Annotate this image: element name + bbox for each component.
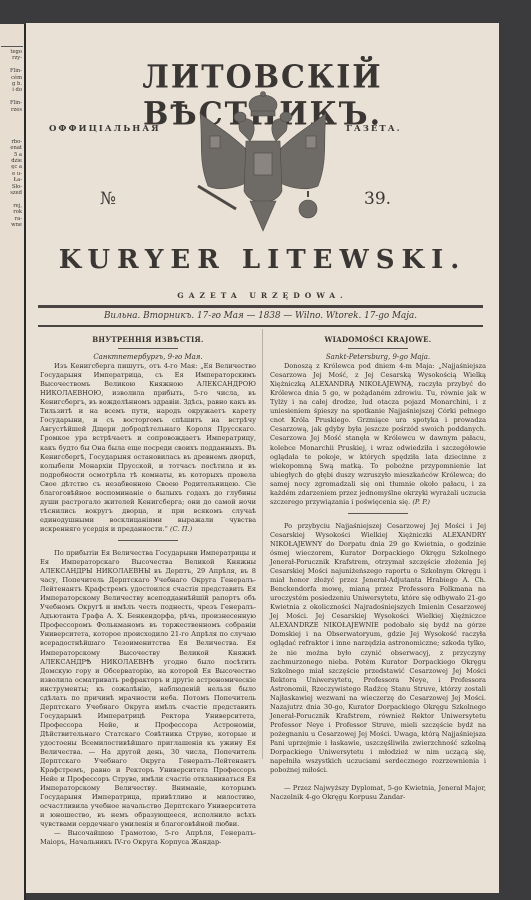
article-separator (118, 540, 178, 541)
adjacent-page-text-fragments: tegorzy- Flin-cémg b.i do Flin-rzes rbo-… (0, 49, 24, 228)
dateline-rule-top (38, 305, 483, 308)
adjacent-page-fragment: wne (0, 222, 24, 228)
heading-rule (348, 348, 408, 349)
article-dateline: Санктпетербургъ, 9-го Мая. (40, 353, 256, 362)
section-heading-polish: WIADOMOŚCI KRAJOWE. (270, 335, 486, 344)
adjacent-page-edge: tegorzy- Flin-cémg b.i do Flin-rzes rbo-… (0, 24, 26, 900)
newspaper-page: ЛИТОВСКIЙ ВѢСТНИКЪ. ОФФИЦIАЛЬНАЯ ГАЗЕТА.… (26, 23, 499, 893)
column-polish: WIADOMOŚCI KRAJOWE. Sankt-Petersburg, 9-… (270, 333, 486, 802)
article-separator (348, 513, 408, 514)
article-dateline: Sankt-Petersburg, 9-go Maja. (270, 353, 486, 362)
heading-rule (118, 348, 178, 349)
issue-number-value: 39. (364, 189, 391, 209)
issue-number-label: № (100, 189, 116, 209)
article-paragraph: Donoszą z Królewca pod dniem 4-m Maja: „… (270, 362, 486, 507)
column-divider (262, 329, 263, 759)
section-heading-russian: ВНУТРЕННIЯ ИЗВѢСТIЯ. (40, 335, 256, 344)
masthead-subtitle-gazette: ГАЗЕТА. (346, 124, 402, 134)
article-paragraph: Po przybyciu Najjaśniejszej Cesarzowej J… (270, 522, 486, 775)
article-paragraph: — Высочайшею Грамотою, 5-го Апрѣля, Гене… (40, 829, 256, 847)
masthead-subtitle-polish: GAZETA URZĘDOWA. (26, 291, 499, 300)
dateline-rule-bottom (38, 325, 483, 327)
double-headed-eagle-icon (178, 91, 348, 241)
column-russian: ВНУТРЕННIЯ ИЗВѢСТIЯ. Санктпетербургъ, 9-… (40, 333, 256, 848)
masthead-subtitle-official: ОФФИЦIАЛЬНАЯ (49, 124, 161, 134)
article-paragraph: Изъ Кенигсберга пишутъ, отъ 4-го Мая: „Е… (40, 362, 256, 534)
adjacent-page-rule (1, 46, 23, 47)
masthead-title-polish: KURYER LITEWSKI. (26, 245, 499, 275)
article-paragraph: По прибытiи Ея Величества Государыни Имп… (40, 549, 256, 829)
dateline: Вильна. Вторникъ. 17-го Мая — 1838 — Wil… (38, 311, 483, 321)
article-paragraph: — Przez Najwyższy Dyplomat, 5-go Kwietni… (270, 784, 486, 802)
